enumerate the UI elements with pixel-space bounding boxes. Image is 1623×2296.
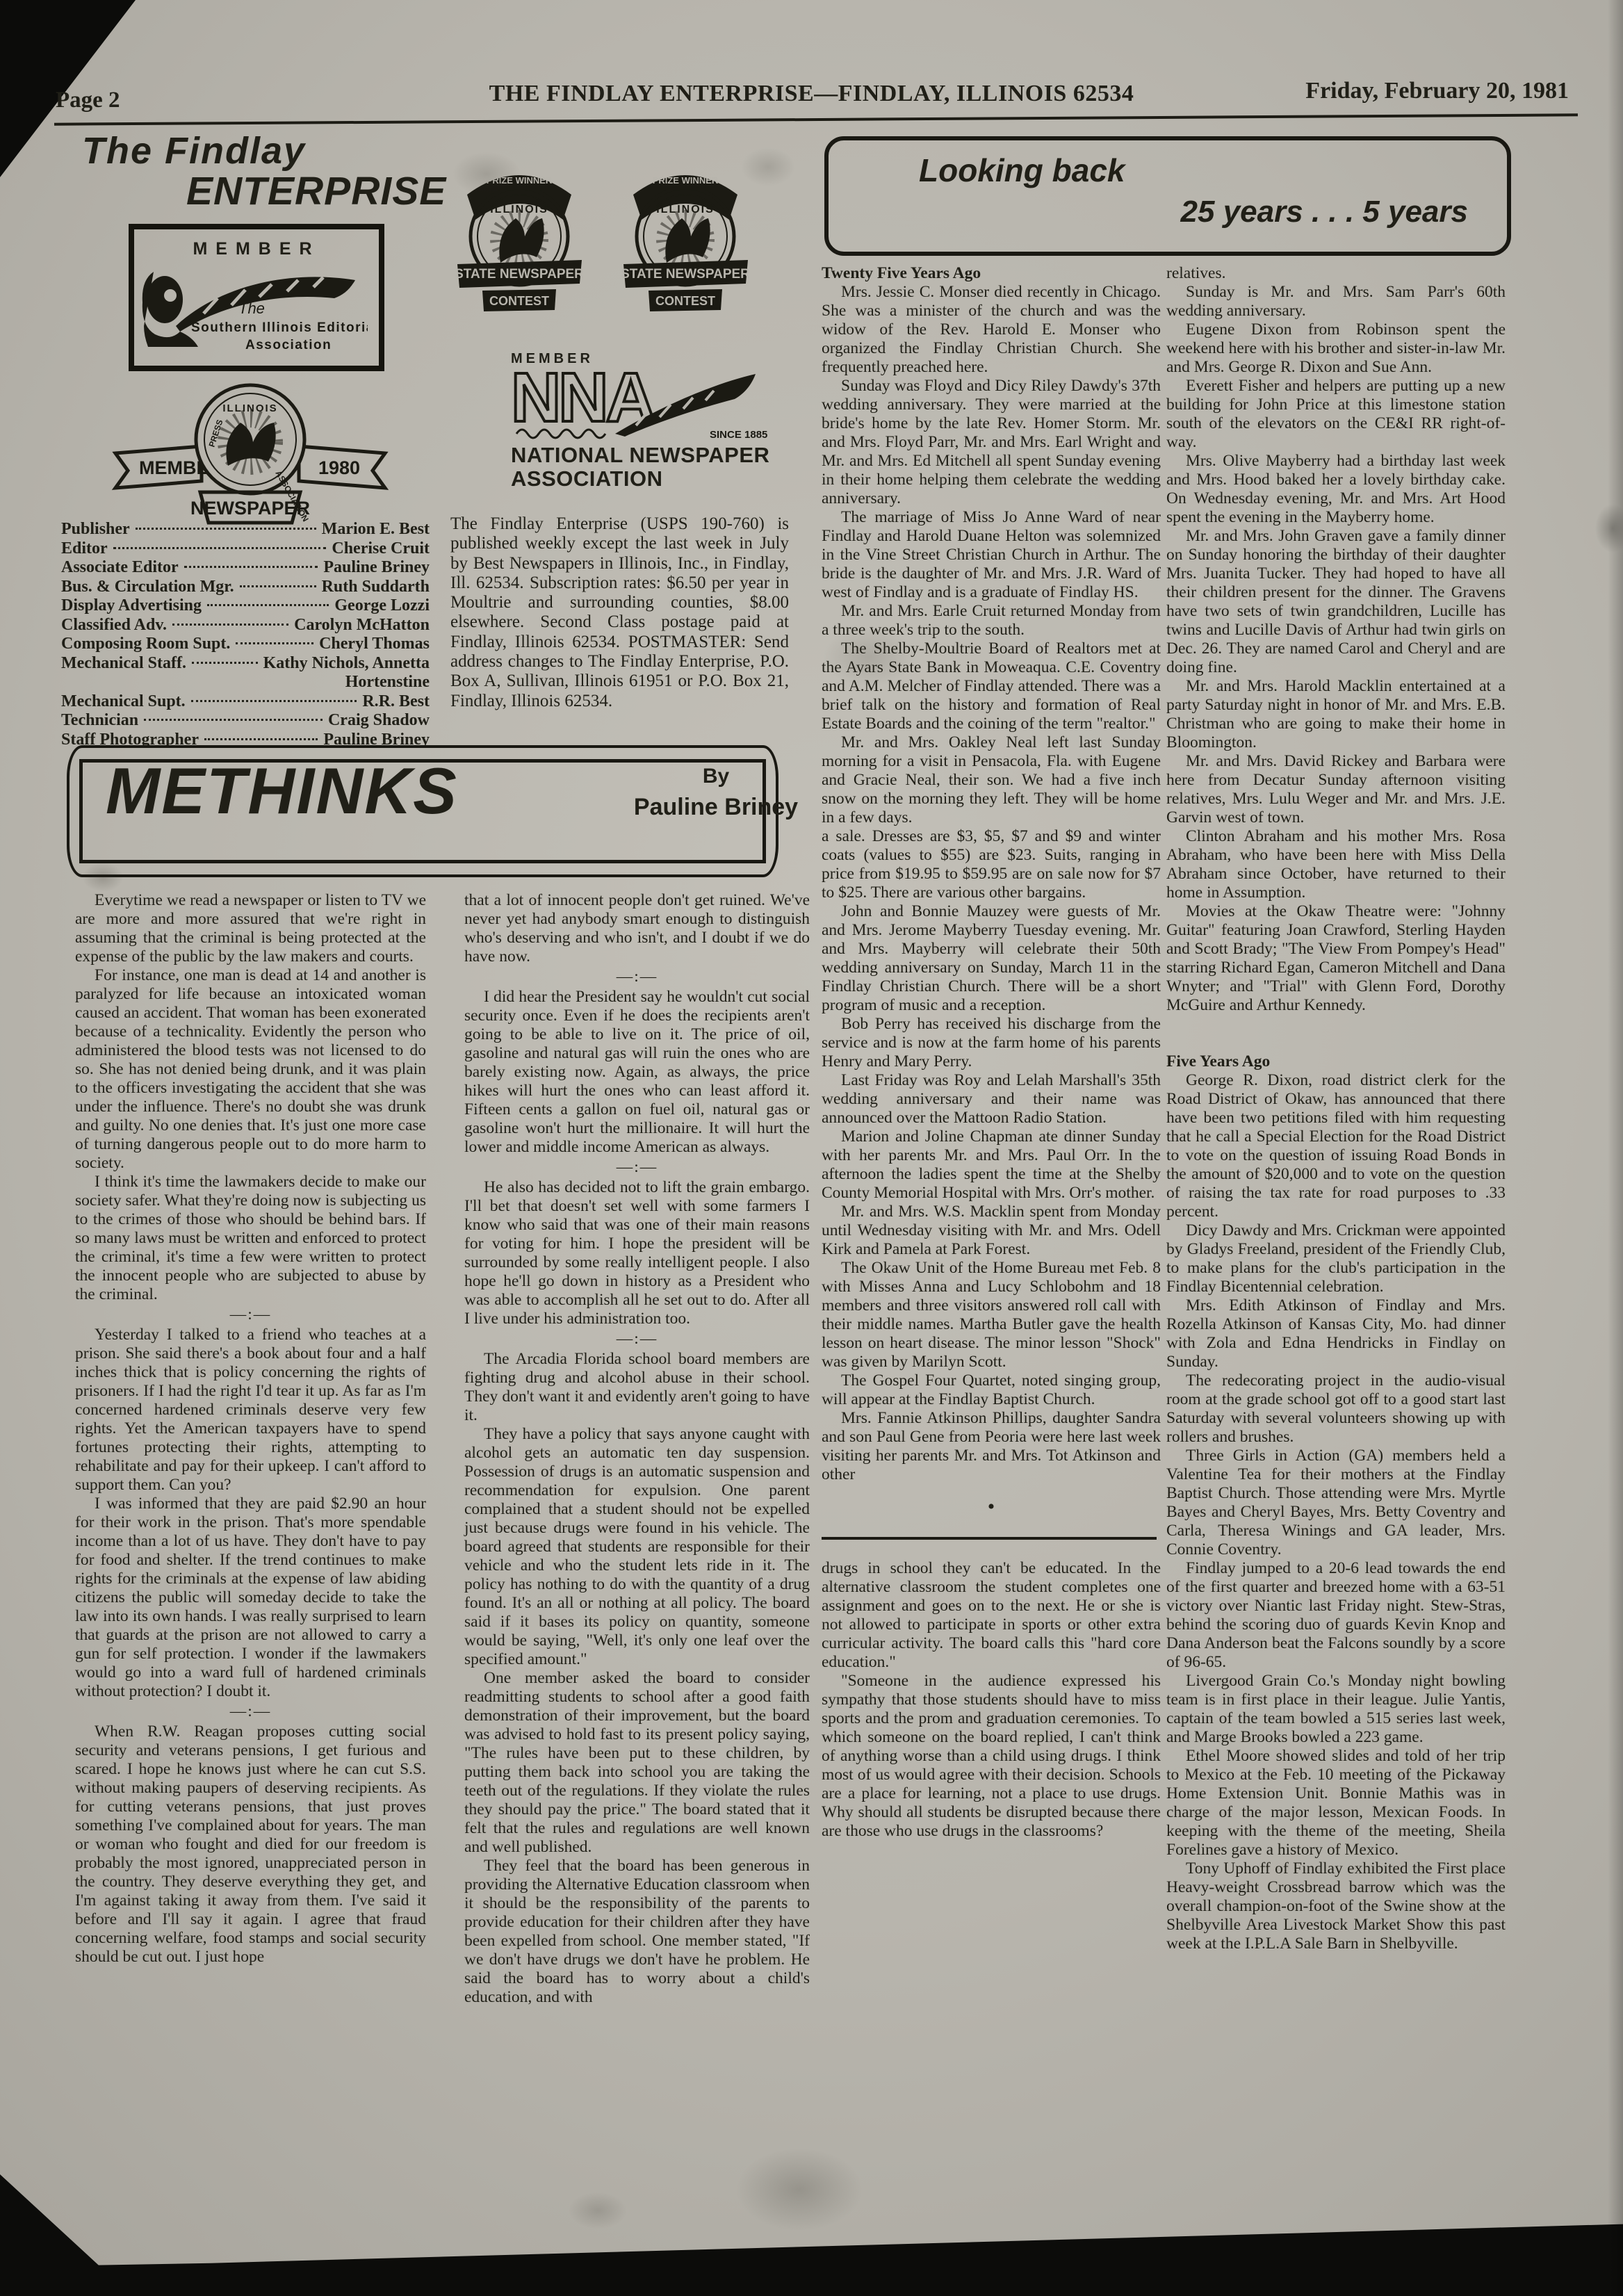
column-divider-rule	[822, 1537, 1157, 1540]
staff-person-name: Cheryl Thomas	[319, 635, 430, 654]
article-paragraph: I did hear the President say he wouldn't…	[464, 988, 810, 1157]
staff-row: TechnicianCraig Shadow	[61, 711, 430, 731]
staff-person-name: Marion E. Best	[322, 520, 430, 539]
siea-portrait-quill-icon: The Southern Illinois Editorial Associat…	[134, 259, 368, 357]
staff-list: PublisherMarion E. BestEditorCherise Cru…	[61, 520, 430, 749]
siea-member-box: MEMBER The Southern Illinois Editorial A…	[129, 224, 384, 371]
svg-text:ILLINOIS: ILLINOIS	[656, 204, 715, 215]
staff-row: PublisherMarion E. Best	[61, 520, 430, 539]
article-paragraph: Three Girls in Action (GA) members held …	[1166, 1447, 1506, 1559]
methinks-byline: Pauline Briney	[598, 794, 834, 821]
article-paragraph: Tony Uphoff of Findlay exhibited the Fir…	[1166, 1859, 1506, 1953]
staff-row: Mechanical Supt.R.R. Best	[61, 692, 430, 712]
article-paragraph: Livergood Grain Co.'s Monday night bowli…	[1166, 1672, 1506, 1747]
leader-dots	[113, 547, 327, 549]
staff-person-name: Hortenstine	[345, 673, 430, 692]
staff-row: Mechanical Staff.Kathy Nichols, Annetta	[61, 654, 430, 674]
article-paragraph: Mr. and Mrs. David Rickey and Barbara we…	[1166, 752, 1506, 827]
article-paragraph: The Shelby-Moultrie Board of Realtors me…	[822, 640, 1161, 733]
article-paragraph: I think it's time the lawmakers decide t…	[75, 1173, 426, 1304]
staff-role-label: Editor	[61, 539, 108, 559]
staff-person-name: Cherise Cruit	[332, 539, 430, 559]
article-paragraph: Marion and Joline Chapman ate dinner Sun…	[822, 1127, 1161, 1203]
staff-person-name: Ruth Suddarth	[322, 578, 430, 597]
staff-person-name: Carolyn McHatton	[294, 616, 430, 635]
article-paragraph: Dicy Dawdy and Mrs. Crickman were appoin…	[1166, 1221, 1506, 1296]
article-paragraph: drugs in school they can't be educated. …	[822, 1559, 1161, 1672]
svg-text:1980: 1980	[318, 457, 360, 478]
leader-dots	[184, 566, 318, 568]
svg-text:ILLINOIS: ILLINOIS	[490, 204, 548, 215]
article-paragraph: The redecorating project in the audio-vi…	[1166, 1371, 1506, 1447]
nna-name-line2: ASSOCIATION	[511, 467, 769, 491]
nna-quill-icon: NNA SINCE 1885	[511, 367, 810, 443]
staff-row: EditorCherise Cruit	[61, 539, 430, 559]
article-paragraph: Last Friday was Roy and Lelah Marshall's…	[822, 1071, 1161, 1127]
article-paragraph: One member asked the board to consider r…	[464, 1669, 810, 1857]
staff-row: Display AdvertisingGeorge Lozzi	[61, 596, 430, 616]
staff-person-name: Kathy Nichols, Annetta	[263, 654, 430, 674]
leader-dots	[192, 662, 258, 664]
article-paragraph: Yesterday I talked to a friend who teach…	[75, 1326, 426, 1495]
methinks-by-label: By	[626, 765, 806, 788]
svg-text:STATE NEWSPAPER: STATE NEWSPAPER	[455, 267, 584, 282]
article-paragraph: For instance, one man is dead at 14 and …	[75, 966, 426, 1173]
article-paragraph: Sunday was Floyd and Dicy Riley Dawdy's …	[822, 377, 1161, 508]
leader-dots	[204, 738, 318, 740]
staff-role-label: Associate Editor	[61, 558, 179, 578]
staff-role-label: Technician	[61, 711, 138, 731]
article-paragraph: Mr. and Mrs. Harold Macklin entertained …	[1166, 677, 1506, 752]
end-bullet: •	[822, 1495, 1161, 1519]
article-paragraph: The Gospel Four Quartet, noted singing g…	[822, 1371, 1161, 1409]
leader-dots	[236, 642, 313, 644]
section-heading: Five Years Ago	[1166, 1052, 1506, 1071]
section-separator: —:—	[464, 968, 810, 986]
postal-notice: The Findlay Enterprise (USPS 190-760) is…	[450, 514, 789, 711]
article-paragraph: a sale. Dresses are $3, $5, $7 and $9 an…	[822, 827, 1161, 902]
svg-text:SINCE 1885: SINCE 1885	[710, 429, 767, 441]
article-paragraph: John and Bonnie Mauzey were guests of Mr…	[822, 902, 1161, 1015]
article-paragraph: Findlay jumped to a 20-6 lead towards th…	[1166, 1559, 1506, 1672]
article-paragraph: Ethel Moore showed slides and told of he…	[1166, 1747, 1506, 1859]
article-paragraph: Bob Perry has received his discharge fro…	[822, 1015, 1161, 1071]
staff-person-name: R.R. Best	[362, 692, 430, 712]
illinois-press-association-seal: MEMBER 1980 ILLINOIS PRESS ASSOCIATION N…	[104, 375, 396, 539]
svg-text:NEWSPAPER: NEWSPAPER	[190, 498, 310, 519]
staff-role-label: Mechanical Staff.	[61, 654, 186, 674]
svg-text:ILLINOIS: ILLINOIS	[222, 402, 277, 414]
nna-name-line1: NATIONAL NEWSPAPER	[511, 443, 769, 467]
article-paragraph: The Okaw Unit of the Home Bureau met Feb…	[822, 1259, 1161, 1371]
state-newspaper-contest-badge: PRIZE WINNER ILLINOIS STATE NEWSPAPER CO…	[452, 152, 587, 318]
section-separator: —:—	[75, 1702, 426, 1721]
staff-role-label: Display Advertising	[61, 596, 202, 616]
nna-logo: MEMBER NNA SINCE 1885	[511, 351, 810, 447]
looking-back-column-1: Twenty Five Years AgoMrs. Jessie C. Mons…	[822, 264, 1161, 1841]
staff-role-label: Classified Adv.	[61, 616, 167, 635]
article-paragraph: George R. Dixon, road district clerk for…	[1166, 1071, 1506, 1221]
svg-text:CONTEST: CONTEST	[655, 294, 715, 308]
staff-row: Composing Room Supt.Cheryl Thomas	[61, 635, 430, 654]
article-paragraph: They feel that the board has been genero…	[464, 1857, 810, 2007]
leader-dots	[144, 719, 323, 721]
staff-row: Hortenstine	[61, 673, 430, 692]
article-paragraph: Movies at the Okaw Theatre were: "Johnny…	[1166, 902, 1506, 1015]
article-paragraph: Mr. and Mrs. W.S. Macklin spent from Mon…	[822, 1203, 1161, 1259]
article-paragraph: "Someone in the audience expressed his s…	[822, 1672, 1161, 1841]
staff-row: Classified Adv.Carolyn McHatton	[61, 616, 430, 635]
looking-back-box: Looking back 25 years . . . 5 years	[824, 136, 1511, 256]
svg-text:PRIZE WINNER: PRIZE WINNER	[487, 175, 553, 186]
article-paragraph: He also has decided not to lift the grai…	[464, 1178, 810, 1328]
paper-name-line2: ENTERPRISE	[186, 168, 416, 214]
scan-edge-shadow-right	[1608, 0, 1623, 2296]
article-paragraph: When R.W. Reagan proposes cutting social…	[75, 1723, 426, 1967]
leader-dots	[172, 624, 288, 626]
methinks-column-2: that a lot of innocent people don't get …	[464, 891, 810, 2007]
nna-member-label: MEMBER	[511, 351, 810, 367]
state-newspaper-contest-badge: PRIZE WINNER ILLINOIS STATE NEWSPAPER CO…	[618, 152, 753, 318]
article-paragraph: Mrs. Olive Mayberry had a birthday last …	[1166, 452, 1506, 527]
leader-dots	[191, 700, 357, 702]
staff-role-label: Publisher	[61, 520, 130, 539]
article-paragraph: The Arcadia Florida school board members…	[464, 1350, 810, 1425]
section-separator: —:—	[464, 1330, 810, 1349]
scan-edge-shadow-bottom	[0, 2220, 1623, 2296]
looking-back-subtitle: 25 years . . . 5 years	[1181, 195, 1468, 229]
svg-text:CONTEST: CONTEST	[489, 294, 549, 308]
article-paragraph: Mr. and Mrs. Oakley Neal left last Sunda…	[822, 733, 1161, 827]
running-header: Page 2 THE FINDLAY ENTERPRISE—FINDLAY, I…	[0, 78, 1623, 120]
article-paragraph: Mrs. Jessie C. Monser died recently in C…	[822, 283, 1161, 377]
svg-text:STATE NEWSPAPER: STATE NEWSPAPER	[621, 267, 750, 282]
article-paragraph: Sunday is Mr. and Mrs. Sam Parr's 60th w…	[1166, 283, 1506, 320]
section-separator: —:—	[75, 1305, 426, 1324]
article-paragraph: Mr. and Mrs. John Graven gave a family d…	[1166, 527, 1506, 677]
staff-row: Associate EditorPauline Briney	[61, 558, 430, 578]
section-separator: —:—	[464, 1158, 810, 1177]
looking-back-column-2: relatives.Sunday is Mr. and Mrs. Sam Par…	[1166, 264, 1506, 1953]
leader-dots	[136, 528, 316, 530]
article-paragraph: relatives.	[1166, 264, 1506, 283]
contest-badges: PRIZE WINNER ILLINOIS STATE NEWSPAPER CO…	[452, 152, 753, 318]
article-paragraph: Eugene Dixon from Robinson spent the wee…	[1166, 320, 1506, 377]
nna-name: NATIONAL NEWSPAPER ASSOCIATION	[511, 443, 769, 491]
looking-back-title: Looking back	[919, 152, 1125, 189]
staff-role-label: Composing Room Supt.	[61, 635, 230, 654]
methinks-box: METHINKS By Pauline Briney	[67, 745, 778, 877]
paper-name-line1: The Findlay	[82, 129, 416, 172]
article-paragraph: Everett Fisher and helpers are putting u…	[1166, 377, 1506, 452]
article-paragraph: I was informed that they are paid $2.90 …	[75, 1495, 426, 1701]
leader-dots	[240, 585, 316, 587]
article-paragraph: Everytime we read a newspaper or listen …	[75, 891, 426, 966]
svg-text:PRIZE WINNER: PRIZE WINNER	[653, 175, 719, 186]
svg-text:The: The	[238, 300, 265, 317]
section-heading: Twenty Five Years Ago	[822, 264, 1161, 283]
article-paragraph: Mrs. Edith Atkinson of Findlay and Mrs. …	[1166, 1296, 1506, 1371]
leader-dots	[207, 604, 329, 606]
staff-person-name: Pauline Briney	[323, 558, 430, 578]
masthead-paper-name: The Findlay ENTERPRISE	[82, 129, 416, 214]
svg-text:Southern Illinois Editorial: Southern Illinois Editorial	[191, 320, 368, 335]
staff-person-name: George Lozzi	[334, 596, 430, 616]
staff-person-name: Craig Shadow	[328, 711, 430, 731]
postal-notice-text: The Findlay Enterprise (USPS 190-760) is…	[450, 514, 789, 711]
svg-text:Association: Association	[245, 338, 332, 352]
newspaper-page: Page 2 THE FINDLAY ENTERPRISE—FINDLAY, I…	[0, 0, 1623, 2296]
staff-row: Bus. & Circulation Mgr.Ruth Suddarth	[61, 578, 430, 597]
staff-role-label: Bus. & Circulation Mgr.	[61, 578, 234, 597]
article-paragraph: The marriage of Miss Jo Anne Ward of nea…	[822, 508, 1161, 602]
siea-member-label: MEMBER	[134, 239, 379, 259]
article-paragraph: that a lot of innocent people don't get …	[464, 891, 810, 966]
methinks-title: METHINKS	[106, 754, 458, 829]
article-paragraph: They have a policy that says anyone caug…	[464, 1425, 810, 1669]
issue-date: Friday, February 20, 1981	[1305, 78, 1569, 104]
methinks-column-1: Everytime we read a newspaper or listen …	[75, 891, 426, 1967]
article-paragraph: Mrs. Fannie Atkinson Phillips, daughter …	[822, 1409, 1161, 1484]
article-paragraph: Clinton Abraham and his mother Mrs. Rosa…	[1166, 827, 1506, 902]
article-paragraph: Mr. and Mrs. Earle Cruit returned Monday…	[822, 602, 1161, 640]
staff-role-label: Mechanical Supt.	[61, 692, 186, 712]
